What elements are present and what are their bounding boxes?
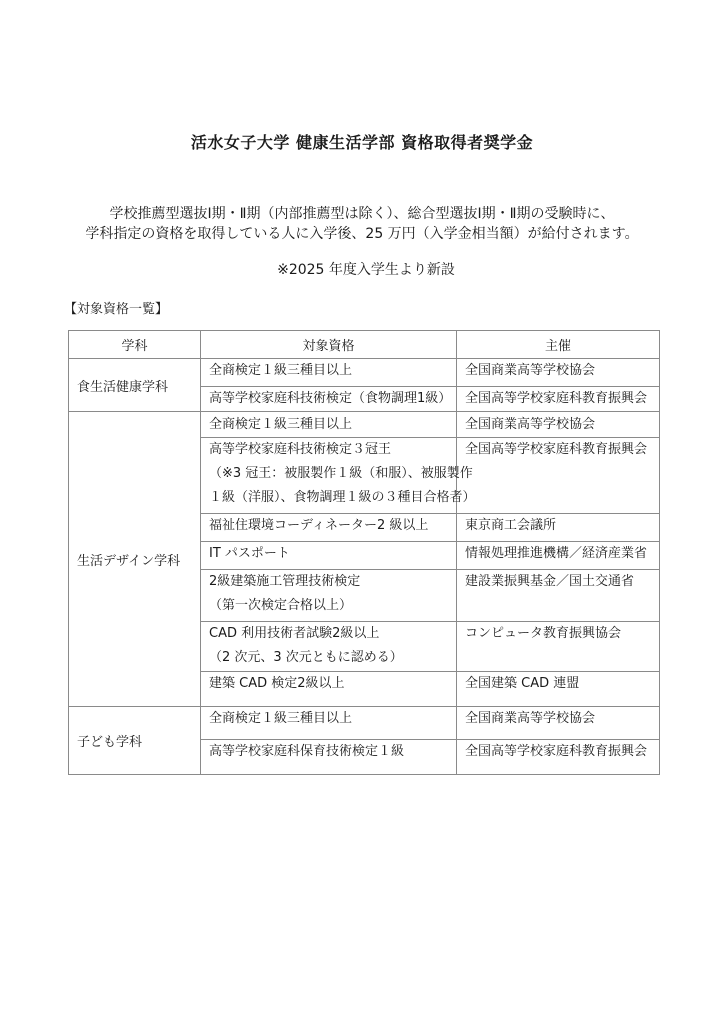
qualification-line: １級（洋服）、食物調理１級の３種目合格者） xyxy=(209,486,448,510)
table-row: 食生活健康学科 全商検定１級三種目以上 全国商業高等学校協会 xyxy=(69,359,660,387)
qualification-line: （第一次検定合格以上） xyxy=(209,594,448,618)
organizer-cell: 全国高等学校家庭科教育振興会 xyxy=(457,438,660,514)
new-program-note: ※2025 年度入学生より新設 xyxy=(0,260,724,280)
table-row: 生活デザイン学科 全商検定１級三種目以上 全国商業高等学校協会 xyxy=(69,412,660,438)
table-header-row: 学科 対象資格 主催 xyxy=(69,331,660,359)
organizer-text: 全国建築 CAD 連盟 xyxy=(465,672,651,696)
organizer-text: 全国商業高等学校協会 xyxy=(465,413,651,437)
qualification-line: 高等学校家庭科技術検定（食物調理1級） xyxy=(209,387,448,411)
intro-paragraph: 学校推薦型選抜Ⅰ期・Ⅱ期（内部推薦型は除く）、総合型選抜Ⅰ期・Ⅱ期の受験時に、 … xyxy=(0,204,724,244)
department-cell: 生活デザイン学科 xyxy=(69,412,201,707)
organizer-cell: 建設業振興基金／国土交通省 xyxy=(457,570,660,622)
organizer-text: コンピュータ教育振興協会 xyxy=(465,622,651,646)
qualification-line: 福祉住環境コーディネーター2 級以上 xyxy=(209,514,448,538)
section-heading: 【対象資格一覧】 xyxy=(64,301,168,319)
qualification-line: 全商検定１級三種目以上 xyxy=(209,707,448,731)
organizer-cell: 全国建築 CAD 連盟 xyxy=(457,672,660,707)
qualification-line: 全商検定１級三種目以上 xyxy=(209,359,448,383)
qualification-cell: 全商検定１級三種目以上 xyxy=(201,412,457,438)
qualification-line: 高等学校家庭科技術検定３冠王 xyxy=(209,438,448,462)
qualification-cell: 2級建築施工管理技術検定 （第一次検定合格以上） xyxy=(201,570,457,622)
organizer-text: 全国高等学校家庭科教育振興会 xyxy=(465,387,651,411)
qualification-cell: 建築 CAD 検定2級以上 xyxy=(201,672,457,707)
organizer-cell: 全国商業高等学校協会 xyxy=(457,412,660,438)
organizer-text: 全国高等学校家庭科教育振興会 xyxy=(465,740,651,764)
organizer-text: 情報処理推進機構／経済産業省 xyxy=(465,542,651,566)
qualification-cell: 高等学校家庭科技術検定３冠王 （※3 冠王：被服製作１級（和服）、被服製作 １級… xyxy=(201,438,457,514)
qualification-cell: 福祉住環境コーディネーター2 級以上 xyxy=(201,514,457,542)
qualification-table: 学科 対象資格 主催 食生活健康学科 全商検定１級三種目以上 全国商業高等学校協… xyxy=(68,330,660,775)
organizer-text: 全国高等学校家庭科教育振興会 xyxy=(465,438,651,462)
qualification-line: IT パスポート xyxy=(209,542,448,566)
department-cell: 子ども学科 xyxy=(69,707,201,775)
organizer-cell: 東京商工会議所 xyxy=(457,514,660,542)
organizer-text: 建設業振興基金／国土交通省 xyxy=(465,570,651,594)
qualification-cell: CAD 利用技術者試験2級以上 （2 次元、3 次元ともに認める） xyxy=(201,622,457,672)
qualification-line: 2級建築施工管理技術検定 xyxy=(209,570,448,594)
organizer-text: 全国商業高等学校協会 xyxy=(465,359,651,383)
page-title: 活水女子大学 健康生活学部 資格取得者奨学金 xyxy=(0,132,724,154)
intro-line-1: 学校推薦型選抜Ⅰ期・Ⅱ期（内部推薦型は除く）、総合型選抜Ⅰ期・Ⅱ期の受験時に、 xyxy=(0,204,724,224)
table-row: 子ども学科 全商検定１級三種目以上 全国商業高等学校協会 xyxy=(69,707,660,740)
organizer-cell: コンピュータ教育振興協会 xyxy=(457,622,660,672)
qualification-cell: 全商検定１級三種目以上 xyxy=(201,359,457,387)
organizer-cell: 情報処理推進機構／経済産業省 xyxy=(457,542,660,570)
organizer-text: 東京商工会議所 xyxy=(465,514,651,538)
intro-line-2: 学科指定の資格を取得している人に入学後、25 万円（入学金相当額）が給付されます… xyxy=(0,224,724,244)
organizer-text: 全国商業高等学校協会 xyxy=(465,707,651,731)
department-cell: 食生活健康学科 xyxy=(69,359,201,412)
organizer-cell: 全国商業高等学校協会 xyxy=(457,359,660,387)
qualification-line: （※3 冠王：被服製作１級（和服）、被服製作 xyxy=(209,462,448,486)
qualification-cell: 全商検定１級三種目以上 xyxy=(201,707,457,740)
qualification-cell: 高等学校家庭科技術検定（食物調理1級） xyxy=(201,387,457,412)
header-qualification: 対象資格 xyxy=(201,331,457,359)
organizer-cell: 全国商業高等学校協会 xyxy=(457,707,660,740)
header-department: 学科 xyxy=(69,331,201,359)
qualification-line: CAD 利用技術者試験2級以上 xyxy=(209,622,448,646)
qualification-cell: IT パスポート xyxy=(201,542,457,570)
qualification-cell: 高等学校家庭科保育技術検定１級 xyxy=(201,740,457,775)
qualification-line: 高等学校家庭科保育技術検定１級 xyxy=(209,740,448,764)
organizer-cell: 全国高等学校家庭科教育振興会 xyxy=(457,740,660,775)
header-organizer: 主催 xyxy=(457,331,660,359)
qualification-line: 建築 CAD 検定2級以上 xyxy=(209,672,448,696)
qualification-line: （2 次元、3 次元ともに認める） xyxy=(209,646,448,670)
qualification-line: 全商検定１級三種目以上 xyxy=(209,413,448,437)
organizer-cell: 全国高等学校家庭科教育振興会 xyxy=(457,387,660,412)
